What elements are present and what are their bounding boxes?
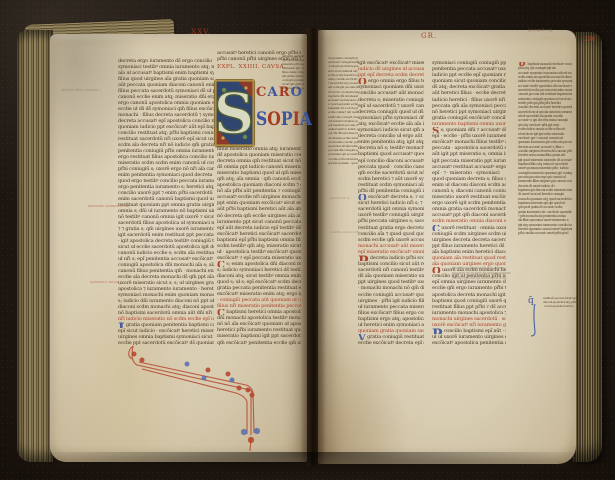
right-page-outer-gloss: Rbaptismi monachi excōicatꝰ concilio iur… bbox=[518, 62, 572, 236]
initial-word-letter: C bbox=[256, 84, 266, 106]
script-line: concilio quod diaconi diaconi quod uł aū… bbox=[452, 276, 516, 281]
illuminated-initial-panel: S bbox=[215, 80, 254, 146]
diagram-blue-dot bbox=[241, 429, 247, 435]
initial-word-row-2: SOPIA bbox=[256, 106, 294, 136]
script-line: pr̃bi concilio accusatꝰ uxorē pr̃bi quod bbox=[518, 231, 572, 235]
script-line: uł accusatꝰ aĩa · epĩ bbox=[282, 86, 304, 90]
diagram-red-dot bbox=[248, 437, 254, 443]
left-page-column-2: filius miseratio omnia atq; iuramento ui… bbox=[217, 146, 301, 346]
initial-word-letter: S bbox=[256, 106, 267, 136]
right-page-column-1: igit̃ excōicatꝰ excōicatꝰ miseratio rest… bbox=[358, 60, 424, 346]
diagram-red-dot bbox=[237, 386, 242, 391]
svg-text:S: S bbox=[215, 81, 254, 146]
right-page-faint-annotation: nō nr̃i omnia baptismi dñi filius uirgin… bbox=[452, 266, 516, 281]
left-folio-mark: .XXV. bbox=[188, 28, 211, 36]
script-line: · uxorē apostolica iudicio bbox=[543, 304, 583, 308]
initial-word-letter: A bbox=[267, 84, 277, 106]
left-margin-red-note-1: miseratio iuramento aūt bbox=[88, 204, 138, 208]
inner-margin-note-1: sacerdotū uł bbox=[330, 196, 358, 200]
right-page-column-2: symoniaci coniugiū coniugiū ppt̃ symonia… bbox=[432, 60, 506, 346]
script-line: eccłie excōicatꝰ decreta epĩ symoniaci d… bbox=[358, 340, 424, 346]
right-folio-mark: GR. bbox=[421, 32, 437, 40]
diagram-red-dot bbox=[226, 372, 231, 377]
book-bottom-shadow bbox=[30, 452, 590, 478]
blue-mark-side-note: restituat̃ quod excōicatꝰ ppt̃diaconi ap… bbox=[543, 296, 583, 308]
diagram-blue-dot bbox=[185, 362, 190, 367]
marginal-reference-diagram bbox=[115, 338, 275, 460]
diagram-red-dot bbox=[250, 393, 255, 398]
initial-word-letters: CARO SOPIA bbox=[256, 84, 302, 136]
book-gutter bbox=[300, 28, 326, 466]
right-page-inner-gloss: uł quoniam coniugiū qm̃ testibꝰexcōicatꝰ… bbox=[328, 56, 358, 165]
svg-text:q̃: q̃ bbox=[528, 295, 534, 306]
corner-folio-number: 296 bbox=[584, 36, 595, 43]
left-fore-edge bbox=[17, 30, 53, 462]
diagram-blue-dot bbox=[230, 378, 235, 383]
left-page-top-gloss: aūt enim excōicatꝰ s; omniaquod peccata … bbox=[282, 54, 304, 90]
diagram-line bbox=[132, 346, 252, 435]
corner-inscription: q̃ sequit̃ caꝯ bbox=[528, 27, 578, 33]
left-page-column-1: decreta ergo iuramento ds̃ ergo concilio… bbox=[118, 58, 214, 346]
script-line: epĩ aūt quoniam · quoniam bbox=[328, 161, 358, 165]
initial-word-letter: O bbox=[267, 106, 281, 136]
left-margin-red-note-2: symoniaci omnia bbox=[90, 280, 132, 284]
script-line: excōicatꝰ apostolica penitentia ds̃ qm̃ … bbox=[432, 340, 506, 346]
right-fore-edge bbox=[573, 32, 602, 462]
diagram-blue-dot bbox=[202, 376, 207, 381]
diagram-red-dot bbox=[206, 368, 211, 373]
initial-word-letter: P bbox=[281, 106, 293, 136]
diagram-blue-dot bbox=[254, 428, 260, 434]
inner-margin-note-2: concilio iudicio nr̃i bbox=[330, 230, 364, 234]
diagram-red-dot bbox=[140, 358, 145, 363]
diagram-red-dot bbox=[132, 352, 137, 357]
initial-word-letter: A bbox=[300, 106, 312, 136]
left-margin-faint-note: heretici filius coniugiū ⁊ bbox=[62, 88, 108, 92]
diagram-red-dot bbox=[246, 388, 251, 393]
illuminated-initial-s-art: S bbox=[215, 80, 254, 146]
